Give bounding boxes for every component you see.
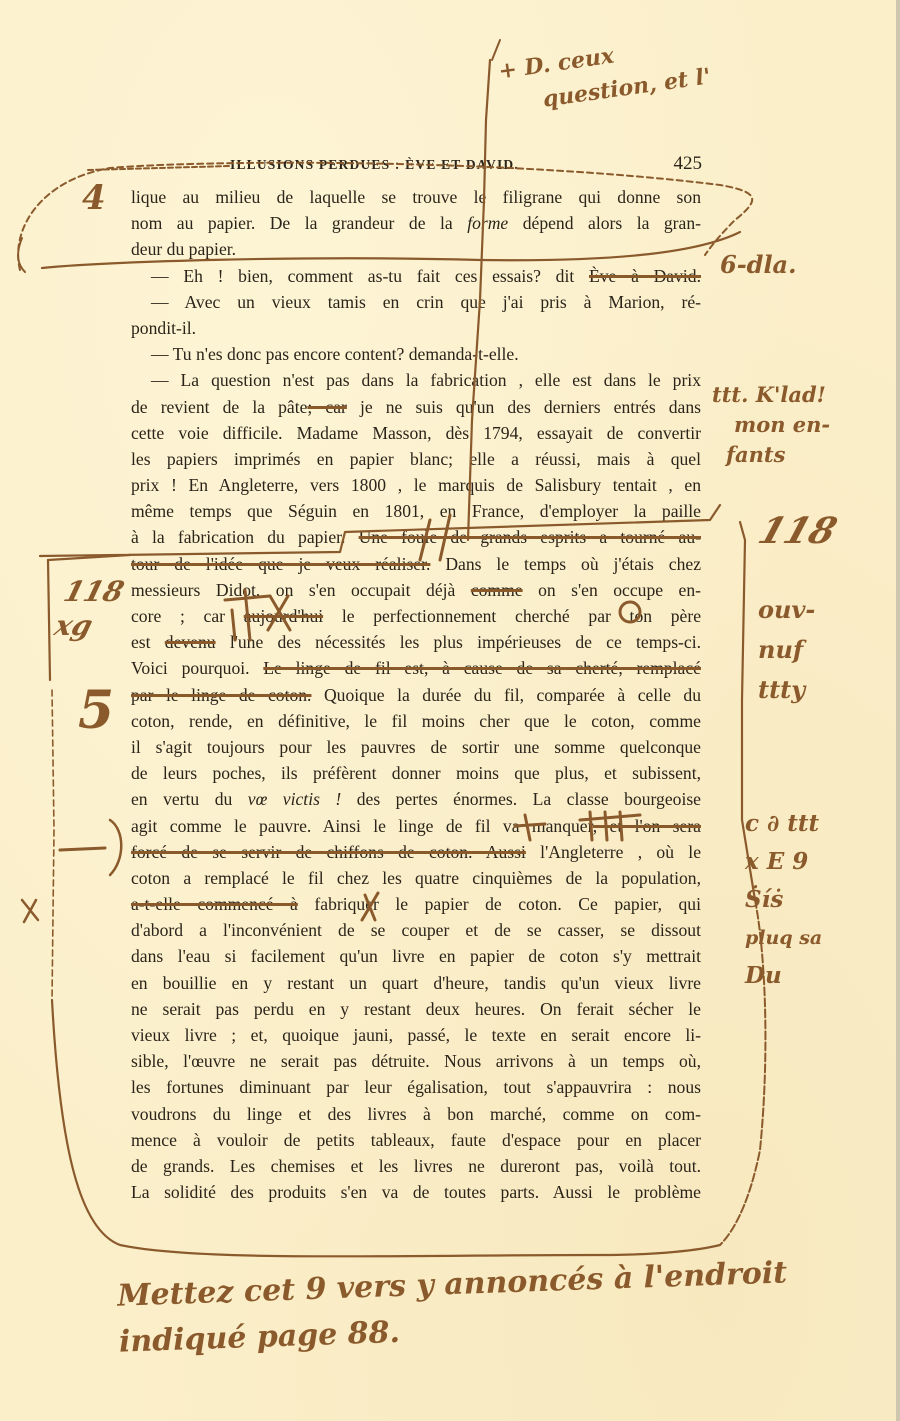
text-line: a-t-elle commencé à fabriquer le papier … bbox=[131, 891, 701, 917]
text-line: est devenu l'une des nécessités les plus… bbox=[131, 629, 701, 655]
annotation-right-block1: ttt. K'lad! mon en- fants bbox=[712, 380, 830, 470]
text-line: coton, rende, en définitive, le fil moin… bbox=[131, 708, 701, 734]
text-line: lique au milieu de laquelle se trouve le… bbox=[131, 184, 701, 210]
text-line: de grands. Les chemises et les livres ne… bbox=[131, 1153, 701, 1179]
running-head: ILLUSIONS PERDUES : ÈVE ET DAVID. bbox=[230, 157, 519, 173]
text-line: deur du papier. bbox=[131, 236, 701, 262]
text-line: mence à vouloir de petits tableaux, faut… bbox=[131, 1127, 701, 1153]
deleted-text: aujourd'hui bbox=[244, 606, 323, 626]
text-line: pondit-il. bbox=[131, 315, 701, 341]
annotation-right-eve: 6-dla. bbox=[720, 250, 796, 279]
text-line: forcé de se servir de chiffons de coton.… bbox=[131, 839, 701, 865]
text-line: voudrons du linge et des livres à bon ma… bbox=[131, 1101, 701, 1127]
deleted-text: comme bbox=[471, 580, 523, 600]
text-line: Voici pourquoi. Le linge de fil est, à c… bbox=[131, 655, 701, 681]
text-line: — Avec un vieux tamis en crin que j'ai p… bbox=[131, 289, 701, 315]
text-line: prix ! En Angleterre, vers 1800 , le mar… bbox=[131, 472, 701, 498]
page-edge bbox=[896, 0, 900, 1421]
text-line: — Tu n'es donc pas encore content? deman… bbox=[131, 341, 701, 367]
text-line: core ; car aujourd'hui le perfectionneme… bbox=[131, 603, 701, 629]
text-line: il s'agit toujours pour les pauvres de s… bbox=[131, 734, 701, 760]
deleted-text: Ève à David. bbox=[589, 266, 701, 286]
body-text: lique au milieu de laquelle se trouve le… bbox=[131, 184, 701, 1205]
deleted-text: Le linge de fil est, à cause de sa chert… bbox=[263, 658, 701, 678]
annotation-left-5: 5 bbox=[78, 680, 114, 741]
text-line: dans l'eau si facilement qu'un livre en … bbox=[131, 943, 701, 969]
text-line: vieux livre ; et, quoique jauni, passé, … bbox=[131, 1022, 701, 1048]
deleted-text: ; car bbox=[307, 397, 346, 417]
deleted-text: Une foule de grands esprits a tourné au- bbox=[359, 527, 701, 547]
text-line: cette voie difficile. Madame Masson, dès… bbox=[131, 420, 701, 446]
page-number: 425 bbox=[674, 153, 703, 175]
page-header: ILLUSIONS PERDUES : ÈVE ET DAVID. 425 bbox=[230, 153, 702, 179]
annotation-right-118: 118 bbox=[753, 510, 842, 552]
text-line: tour de l'idée que je veux réaliser. Dan… bbox=[131, 551, 701, 577]
text-line: de leurs poches, ils préfèrent donner mo… bbox=[131, 760, 701, 786]
text-line: — La question n'est pas dans la fabricat… bbox=[131, 367, 701, 393]
deleted-text: a-t-elle commencé à bbox=[131, 894, 298, 914]
annotation-right-block3: c ∂ ttt x E 9 Ṡíṡ pluq sa Du bbox=[745, 805, 822, 995]
text-line: les fortunes diminuant par leur égalisat… bbox=[131, 1074, 701, 1100]
annotation-left-4: 4 bbox=[82, 178, 106, 218]
text-line: messieurs Didot, on s'en occupait déjà c… bbox=[131, 577, 701, 603]
text-line: agit comme le pauvre. Ainsi le linge de … bbox=[131, 813, 701, 839]
text-line: ne serait pas perdu en y restant deux he… bbox=[131, 996, 701, 1022]
text-line: à la fabrication du papier. Une foule de… bbox=[131, 524, 701, 550]
text-line: coton a remplacé le fil chez les quatre … bbox=[131, 865, 701, 891]
text-line: nom au papier. De la grandeur de la form… bbox=[131, 210, 701, 236]
annotation-right-block2: ouv- nuf ttty bbox=[758, 590, 815, 710]
text-line: en bouillie en y restant un quart d'heur… bbox=[131, 970, 701, 996]
text-line: même temps que Séguin en 1801, en France… bbox=[131, 498, 701, 524]
text-line: de revient de la pâte; car je ne suis qu… bbox=[131, 394, 701, 420]
deleted-text: devenu bbox=[165, 632, 216, 652]
text-line: les papiers imprimés en papier blanc; el… bbox=[131, 446, 701, 472]
deleted-text: par le linge de coton. bbox=[131, 685, 311, 705]
text-line: d'abord a l'inconvénient de se couper et… bbox=[131, 917, 701, 943]
text-line: sible, l'œuvre ne serait pas détruite. N… bbox=[131, 1048, 701, 1074]
text-line: en vertu du vœ victis ! des pertes énorm… bbox=[131, 786, 701, 812]
deleted-text: tour de l'idée que je veux réaliser. bbox=[131, 554, 430, 574]
text-line: La solidité des produits s'en va de tout… bbox=[131, 1179, 701, 1205]
text-line: — Eh ! bien, comment as-tu fait ces essa… bbox=[131, 263, 701, 289]
text-line: par le linge de coton. Quoique la durée … bbox=[131, 682, 701, 708]
deleted-text: , et l'on sera bbox=[593, 816, 701, 836]
deleted-text: forcé de se servir de chiffons de coton.… bbox=[131, 842, 526, 862]
